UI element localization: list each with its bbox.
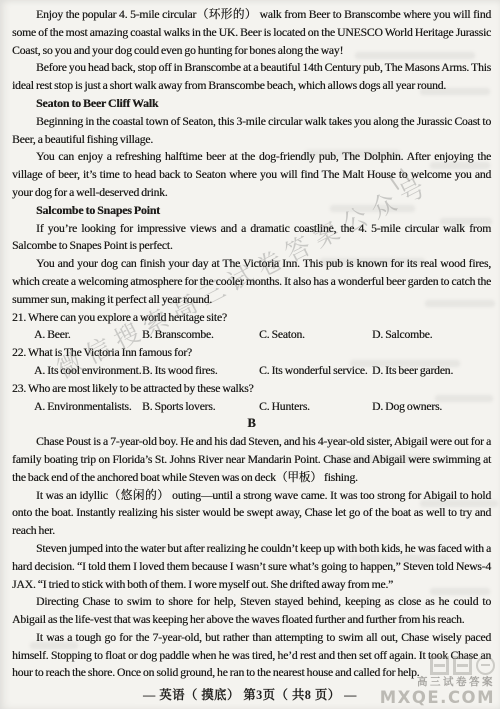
question-23-prompt: 23. Who are most likely to be attracted … [12,380,491,398]
passage-b-paragraph-3: Steven jumped into the water but after r… [12,540,491,593]
question-23-option-b: B. Sports lovers. [142,398,259,416]
question-23: 23. Who are most likely to be attracted … [12,380,491,416]
document-content: Enjoy the popular 4. 5-mile circular（环形的… [12,6,491,682]
passage-b-paragraph-2: It was an idyllic（悠闲的） outing—until a st… [12,487,491,540]
page-number-label: — 英语（ 摸底） 第3页（ 共8 页） — [135,687,365,704]
passage-b-paragraph-5: It was a tough go for the 7-year-old, bu… [12,629,491,682]
seaton-section-paragraph-1: Beginning in the coastal town of Seaton,… [12,113,491,149]
question-21-options: A. Beer. B. Branscombe. C. Seaton. D. Sa… [12,326,491,344]
question-22-option-d: D. Its beer garden. [372,362,453,380]
question-23-option-a: A. Environmentalists. [34,398,142,416]
passage-a-paragraph-1: Enjoy the popular 4. 5-mile circular（环形的… [12,6,491,59]
question-21-option-a: A. Beer. [34,326,142,344]
salcombe-section-paragraph-2: You and your dog can finish your day at … [12,255,491,308]
passage-b-paragraph-1: Chase Poust is a 7-year-old boy. He and … [12,433,491,486]
passage-b-label: B [12,415,491,433]
question-22-option-c: C. Its wonderful service. [259,362,372,380]
seaton-section-paragraph-2: You can enjoy a refreshing halftime beer… [12,148,491,201]
question-22-prompt: 22. What is The Victoria Inn famous for? [12,344,491,362]
question-21-prompt: 21. Where can you explore a world herita… [12,309,491,327]
passage-b-paragraph-4: Directing Chase to swim to shore for hel… [12,593,491,629]
passage-a-paragraph-2: Before you head back, stop off in Bransc… [12,59,491,95]
section-heading-salcombe-to-snapes: Salcombe to Snapes Point [12,202,491,220]
question-22-option-a: A. Its cool environment. [34,362,142,380]
question-22-options: A. Its cool environment. B. Its wood fir… [12,362,491,380]
question-21-option-c: C. Seaton. [259,326,372,344]
question-22-option-b: B. Its wood fires. [142,362,259,380]
section-heading-seaton-to-beer: Seaton to Beer Cliff Walk [12,95,491,113]
question-21: 21. Where can you explore a world herita… [12,309,491,345]
exam-paper-page: Enjoy the popular 4. 5-mile circular（环形的… [0,0,500,709]
question-23-option-c: C. Hunters. [259,398,372,416]
question-22: 22. What is The Victoria Inn famous for?… [12,344,491,380]
salcombe-section-paragraph-1: If you’re looking for impressive views a… [12,220,491,256]
question-21-option-d: D. Salcombe. [372,326,432,344]
question-21-option-b: B. Branscombe. [142,326,259,344]
page-footer: — 英语（ 摸底） 第3页（ 共8 页） — [0,686,500,704]
question-23-option-d: D. Dog owners. [372,398,442,416]
question-23-options: A. Environmentalists. B. Sports lovers. … [12,398,491,416]
